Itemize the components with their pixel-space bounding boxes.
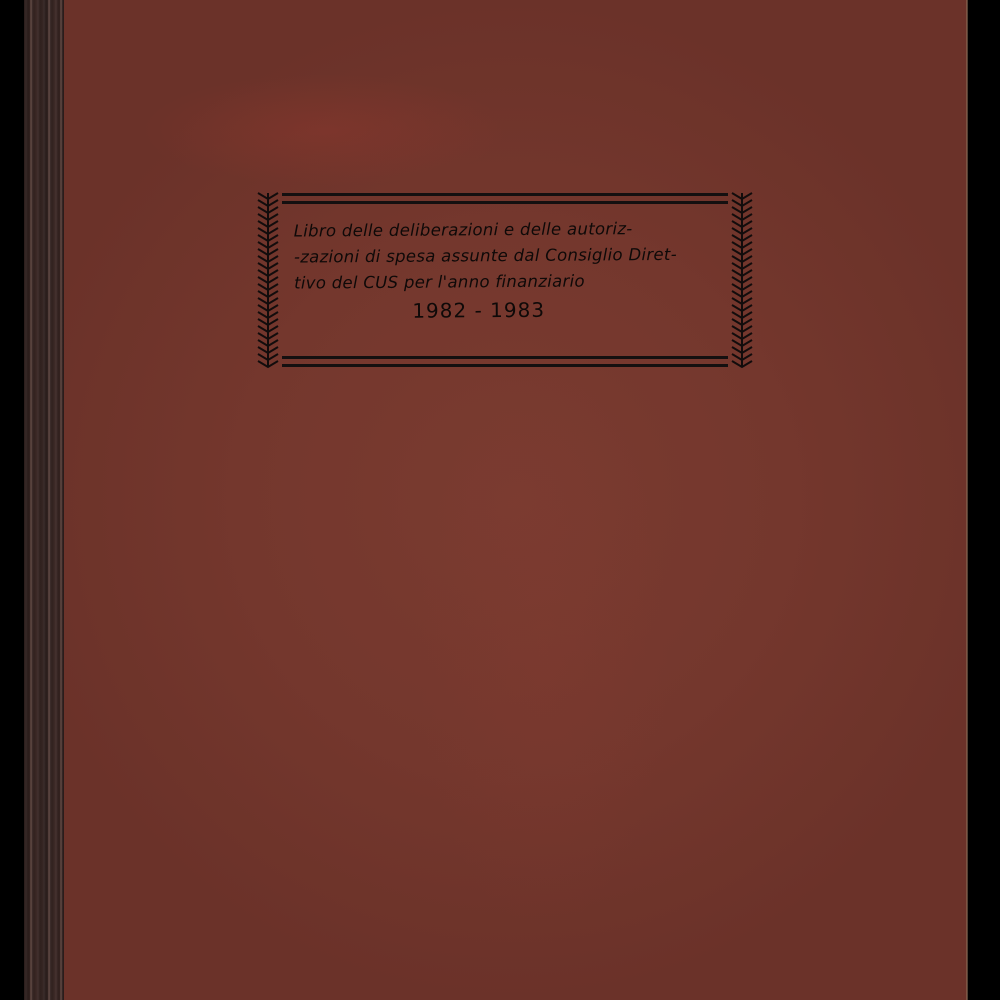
fiscal-year-range: 1982 - 1983 [294, 295, 734, 324]
cover-label: Libro delle deliberazioni e delle autori… [256, 191, 754, 369]
label-top-rule [282, 201, 728, 204]
front-cover [64, 0, 967, 1000]
title-line-3: tivo del CUS per l'anno finanziario [294, 267, 734, 296]
scanned-book-cover: Libro delle deliberazioni e delle autori… [0, 0, 1000, 1000]
label-bottom-rule [282, 364, 728, 367]
spine-ridge [60, 0, 62, 1000]
title-line-1: Libro delle deliberazioni e delle autori… [294, 215, 734, 244]
label-top-rule [282, 193, 728, 196]
handwritten-title: Libro delle deliberazioni e delle autori… [294, 215, 735, 324]
spine-ridge [48, 0, 50, 1000]
title-line-2: -zazioni di spesa assunte dal Consiglio … [294, 241, 734, 270]
cover-edge [966, 0, 968, 1000]
book-spine [24, 0, 64, 1000]
chevron-border-left-icon [256, 191, 280, 369]
label-bottom-rule [282, 356, 728, 359]
spine-ridge [30, 0, 32, 1000]
